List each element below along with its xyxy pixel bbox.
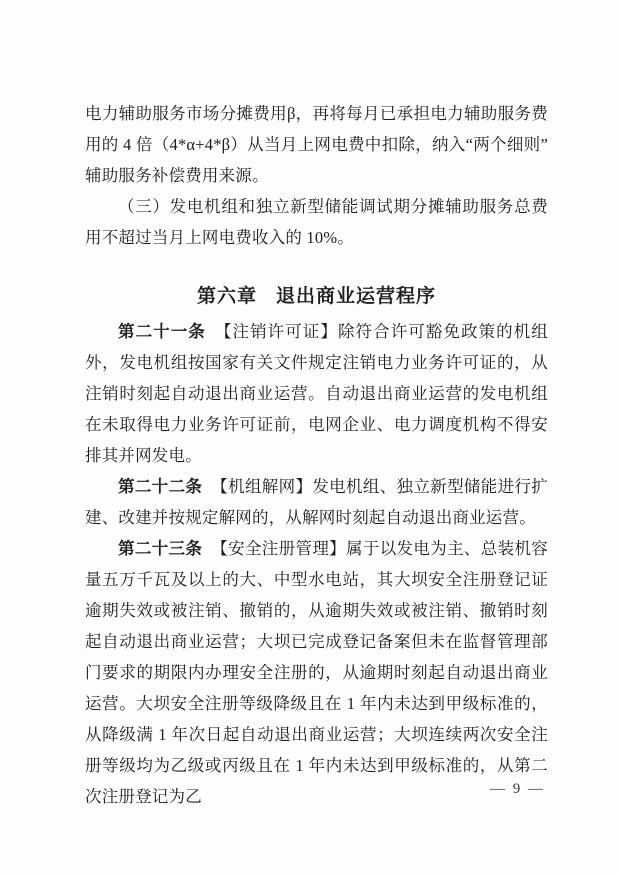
article-21-number: 第二十一条 (118, 322, 206, 341)
paragraph-item-three: （三）发电机组和独立新型储能调试期分摊辅助服务总费用不超过当月上网电费收入的 1… (85, 191, 548, 253)
article-23: 第二十三条【安全注册管理】属于以发电为主、总装机容量五万千瓦及以上的大、中型水电… (85, 533, 548, 812)
page-content: 电力辅助服务市场分摊费用β，再将每月已承担电力辅助服务费用的 4 倍（4*α+4… (85, 98, 548, 812)
article-22-bracket-title: 【机组解网】 (211, 477, 312, 496)
article-23-bracket-title: 【安全注册管理】 (211, 539, 346, 558)
chapter-number: 第六章 (197, 286, 257, 307)
page-number: — 9 — (490, 781, 545, 798)
chapter-heading: 第六章退出商业运营程序 (85, 281, 548, 312)
document-page: 电力辅助服务市场分摊费用β，再将每月已承担电力辅助服务费用的 4 倍（4*α+4… (0, 0, 620, 876)
article-22: 第二十二条【机组解网】发电机组、独立新型储能进行扩建、改建并按规定解网的，从解网… (85, 471, 548, 533)
chapter-title: 退出商业运营程序 (276, 286, 436, 307)
article-21-bracket-title: 【注销许可证】 (215, 322, 338, 341)
paragraph-item-three-text: （三）发电机组和独立新型储能调试期分摊辅助服务总费用不超过当月上网电费收入的 1… (85, 197, 548, 247)
page-number-text: — 9 — (490, 781, 545, 797)
article-23-body: 属于以发电为主、总装机容量五万千瓦及以上的大、中型水电站，其大坝安全注册登记证逾… (85, 539, 548, 806)
article-23-number: 第二十三条 (118, 539, 202, 558)
article-21-body: 除符合许可豁免政策的机组外，发电机组按国家有关文件规定注销电力业务许可证的，从注… (85, 322, 548, 465)
article-21: 第二十一条【注销许可证】除符合许可豁免政策的机组外，发电机组按国家有关文件规定注… (85, 316, 548, 471)
paragraph-cost-allocation-text: 电力辅助服务市场分摊费用β，再将每月已承担电力辅助服务费用的 4 倍（4*α+4… (85, 104, 548, 185)
article-22-number: 第二十二条 (118, 477, 202, 496)
paragraph-cost-allocation: 电力辅助服务市场分摊费用β，再将每月已承担电力辅助服务费用的 4 倍（4*α+4… (85, 98, 548, 191)
